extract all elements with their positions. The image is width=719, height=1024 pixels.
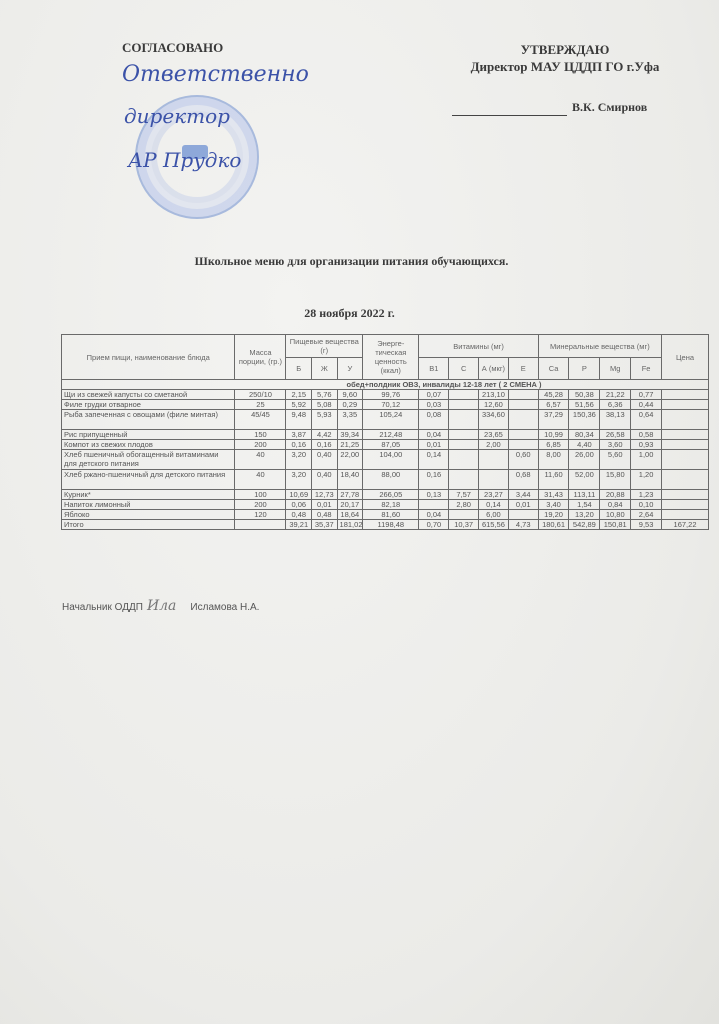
total-b: 39,21 [286,520,312,530]
cell-fe: 1,23 [631,490,662,500]
cell-price [662,410,709,430]
cell-b1: 0,08 [419,410,449,430]
cell-b: 0,16 [286,440,312,450]
cell-u: 39,34 [337,430,363,440]
signature-line [452,93,567,116]
approve-label: УТВЕРЖДАЮ [445,41,685,58]
subheader-cell: А (мкг) [479,358,509,380]
section-heading: обед+полдник ОВЗ, инвалиды 12-18 лет ( 2… [62,380,709,390]
cell-p: 13,20 [569,510,600,520]
header-minerals: Минеральные вещества (мг) [538,335,661,358]
cell-fe: 0,93 [631,440,662,450]
cell-c [449,440,479,450]
total-a: 615,56 [479,520,509,530]
cell-ca: 10,99 [538,430,569,440]
table-row: Напиток лимонный2000,060,0120,1782,182,8… [62,500,709,510]
subheader-cell: В1 [419,358,449,380]
cell-u: 22,00 [337,450,363,470]
table-row: Филе грудки отварное255,925,080,2970,120… [62,400,709,410]
total-mass [235,520,286,530]
cell-ca: 19,20 [538,510,569,520]
cell-energy: 82,18 [363,500,419,510]
cell-fe: 1,00 [631,450,662,470]
approval-block: УТВЕРЖДАЮ Директор МАУ ЦДДП ГО г.Уфа [445,41,685,75]
table-row: Хлеб ржано-пшеничный для детского питани… [62,470,709,490]
cell-e [508,410,538,430]
cell-mass: 100 [235,490,286,500]
cell-price [662,400,709,410]
table-row: Компот из свежих плодов2000,160,1621,258… [62,440,709,450]
cell-b1: 0,14 [419,450,449,470]
cell-price [662,470,709,490]
cell-ca: 6,57 [538,400,569,410]
cell-ca: 11,60 [538,470,569,490]
table-row: Рис припущенный1503,874,4239,34212,480,0… [62,430,709,440]
cell-mg: 0,84 [600,500,631,510]
cell-b1: 0,16 [419,470,449,490]
subheader-cell: Р [569,358,600,380]
cell-a [479,470,509,490]
subheader-cell: С [449,358,479,380]
total-fe: 9,53 [631,520,662,530]
cell-e [508,430,538,440]
cell-energy: 70,12 [363,400,419,410]
cell-price [662,390,709,400]
cell-p: 52,00 [569,470,600,490]
cell-c [449,450,479,470]
cell-price [662,430,709,440]
header-nutrients: Пищевые вещества (г) [286,335,363,358]
cell-energy: 212,48 [363,430,419,440]
cell-ca: 8,00 [538,450,569,470]
cell-e [508,400,538,410]
cell-b: 2,15 [286,390,312,400]
cell-energy: 105,24 [363,410,419,430]
cell-name: Рыба запеченная с овощами (филе минтая) [62,410,235,430]
handwritten-signature-icon: Ила [147,598,176,614]
header-mass: Масса порции, (гр.) [235,335,286,380]
cell-zh: 12,73 [312,490,338,500]
handwritten-signature-icon: АР Прудко [128,148,241,172]
cell-mass: 200 [235,440,286,450]
cell-mass: 250/10 [235,390,286,400]
cell-name: Курник* [62,490,235,500]
handwritten-signature-icon: директор [124,104,230,128]
cell-e: 0,68 [508,470,538,490]
menu-table: Прием пищи, наименование блюда Масса пор… [61,334,709,530]
cell-name: Филе грудки отварное [62,400,235,410]
cell-mg: 21,22 [600,390,631,400]
cell-name: Яблоко [62,510,235,520]
total-b1: 0,70 [419,520,449,530]
cell-c [449,390,479,400]
cell-p: 26,00 [569,450,600,470]
cell-e: 0,60 [508,450,538,470]
footer-position: Начальник ОДДП [62,602,143,613]
total-price: 167,22 [662,520,709,530]
cell-mass: 40 [235,470,286,490]
cell-energy: 266,05 [363,490,419,500]
cell-name: Хлеб пшеничный обогащенный витаминами дл… [62,450,235,470]
table-row: Щи из свежей капусты со сметаной250/102,… [62,390,709,400]
cell-price [662,450,709,470]
cell-fe: 0,64 [631,410,662,430]
cell-e [508,510,538,520]
cell-zh: 0,40 [312,470,338,490]
cell-a: 6,00 [479,510,509,520]
header-vitamins: Витамины (мг) [419,335,538,358]
cell-zh: 0,40 [312,450,338,470]
cell-b1 [419,500,449,510]
table-row: Рыба запеченная с овощами (филе минтая)4… [62,410,709,430]
cell-b: 0,48 [286,510,312,520]
approver-position: Директор МАУ ЦДДП ГО г.Уфа [445,58,685,75]
cell-a: 23,27 [479,490,509,500]
cell-energy: 88,00 [363,470,419,490]
cell-energy: 99,76 [363,390,419,400]
cell-a: 23,65 [479,430,509,440]
cell-mg: 38,13 [600,410,631,430]
cell-zh: 4,42 [312,430,338,440]
table-row: Хлеб пшеничный обогащенный витаминами дл… [62,450,709,470]
cell-u: 27,78 [337,490,363,500]
cell-b: 3,20 [286,470,312,490]
cell-c: 2,80 [449,500,479,510]
cell-u: 21,25 [337,440,363,450]
table-row: Яблоко1200,480,4818,6481,600,046,0019,20… [62,510,709,520]
cell-mass: 120 [235,510,286,520]
footer-signature: Начальник ОДДПИлаИсламова Н.А. [62,598,259,614]
cell-energy: 87,05 [363,440,419,450]
cell-b1: 0,07 [419,390,449,400]
cell-ca: 45,28 [538,390,569,400]
document-title: Школьное меню для организации питания об… [0,254,711,269]
cell-ca: 3,40 [538,500,569,510]
cell-a: 0,14 [479,500,509,510]
subheader-cell: Ж [312,358,338,380]
cell-c [449,510,479,520]
cell-zh: 5,76 [312,390,338,400]
cell-mg: 26,58 [600,430,631,440]
footer-name: Исламова Н.А. [190,602,259,613]
cell-p: 113,11 [569,490,600,500]
cell-c [449,470,479,490]
header-energy: Энерге-тическая ценность (ккал) [363,335,419,380]
cell-name: Хлеб ржано-пшеничный для детского питани… [62,470,235,490]
cell-c: 7,57 [449,490,479,500]
cell-energy: 104,00 [363,450,419,470]
cell-b: 3,87 [286,430,312,440]
cell-mass: 45/45 [235,410,286,430]
total-u: 181,02 [337,520,363,530]
cell-mg: 3,60 [600,440,631,450]
cell-b: 9,48 [286,410,312,430]
cell-ca: 6,85 [538,440,569,450]
subheader-cell: Б [286,358,312,380]
cell-u: 9,60 [337,390,363,400]
cell-c [449,410,479,430]
cell-p: 4,40 [569,440,600,450]
cell-zh: 0,16 [312,440,338,450]
subheader-cell: Е [508,358,538,380]
cell-b: 10,69 [286,490,312,500]
cell-name: Щи из свежей капусты со сметаной [62,390,235,400]
cell-zh: 0,48 [312,510,338,520]
cell-p: 1,54 [569,500,600,510]
cell-mass: 25 [235,400,286,410]
cell-e: 0,01 [508,500,538,510]
cell-fe: 2,64 [631,510,662,520]
total-energy: 1198,48 [363,520,419,530]
cell-fe: 0,77 [631,390,662,400]
cell-c [449,400,479,410]
cell-b1: 0,03 [419,400,449,410]
cell-ca: 37,29 [538,410,569,430]
cell-mass: 150 [235,430,286,440]
cell-name: Компот из свежих плодов [62,440,235,450]
cell-mg: 10,80 [600,510,631,520]
cell-b1: 0,01 [419,440,449,450]
table-row: Курник*10010,6912,7327,78266,050,137,572… [62,490,709,500]
header-price: Цена [662,335,709,380]
cell-price [662,500,709,510]
cell-fe: 0,44 [631,400,662,410]
cell-mg: 6,36 [600,400,631,410]
subheader-cell: У [337,358,363,380]
cell-price [662,440,709,450]
cell-p: 150,36 [569,410,600,430]
cell-a [479,450,509,470]
subheader-cell: Fe [631,358,662,380]
cell-mg: 20,88 [600,490,631,500]
total-c: 10,37 [449,520,479,530]
cell-energy: 81,60 [363,510,419,520]
cell-price [662,510,709,520]
total-name: Итого [62,520,235,530]
total-ca: 180,61 [538,520,569,530]
cell-a: 213,10 [479,390,509,400]
cell-p: 50,38 [569,390,600,400]
cell-p: 80,34 [569,430,600,440]
cell-e [508,390,538,400]
cell-b1: 0,04 [419,430,449,440]
cell-zh: 0,01 [312,500,338,510]
approver-name: В.К. Смирнов [572,100,647,115]
cell-a: 2,00 [479,440,509,450]
cell-u: 18,64 [337,510,363,520]
cell-ca: 31,43 [538,490,569,500]
total-row: Итого39,2135,37181,021198,480,7010,37615… [62,520,709,530]
cell-fe: 1,20 [631,470,662,490]
cell-u: 3,35 [337,410,363,430]
cell-mg: 5,60 [600,450,631,470]
total-mg: 150,81 [600,520,631,530]
cell-c [449,430,479,440]
cell-b1: 0,04 [419,510,449,520]
cell-a: 12,60 [479,400,509,410]
cell-mg: 15,80 [600,470,631,490]
cell-zh: 5,93 [312,410,338,430]
cell-mass: 40 [235,450,286,470]
handwritten-signature-icon: Ответственно [122,62,309,87]
cell-b1: 0,13 [419,490,449,500]
cell-u: 0,29 [337,400,363,410]
cell-fe: 0,10 [631,500,662,510]
cell-fe: 0,58 [631,430,662,440]
agreed-label: СОГЛАСОВАНО [122,40,223,56]
cell-e [508,440,538,450]
cell-b: 5,92 [286,400,312,410]
total-e: 4,73 [508,520,538,530]
total-p: 542,89 [569,520,600,530]
cell-b: 0,06 [286,500,312,510]
cell-b: 3,20 [286,450,312,470]
document-date: 28 ноября 2022 г. [0,306,709,321]
cell-name: Рис припущенный [62,430,235,440]
header-dish: Прием пищи, наименование блюда [62,335,235,380]
cell-u: 18,40 [337,470,363,490]
cell-zh: 5,08 [312,400,338,410]
subheader-cell: Mg [600,358,631,380]
cell-a: 334,60 [479,410,509,430]
cell-price [662,490,709,500]
subheader-cell: Са [538,358,569,380]
cell-p: 51,56 [569,400,600,410]
total-zh: 35,37 [312,520,338,530]
cell-mass: 200 [235,500,286,510]
cell-u: 20,17 [337,500,363,510]
cell-e: 3,44 [508,490,538,500]
cell-name: Напиток лимонный [62,500,235,510]
